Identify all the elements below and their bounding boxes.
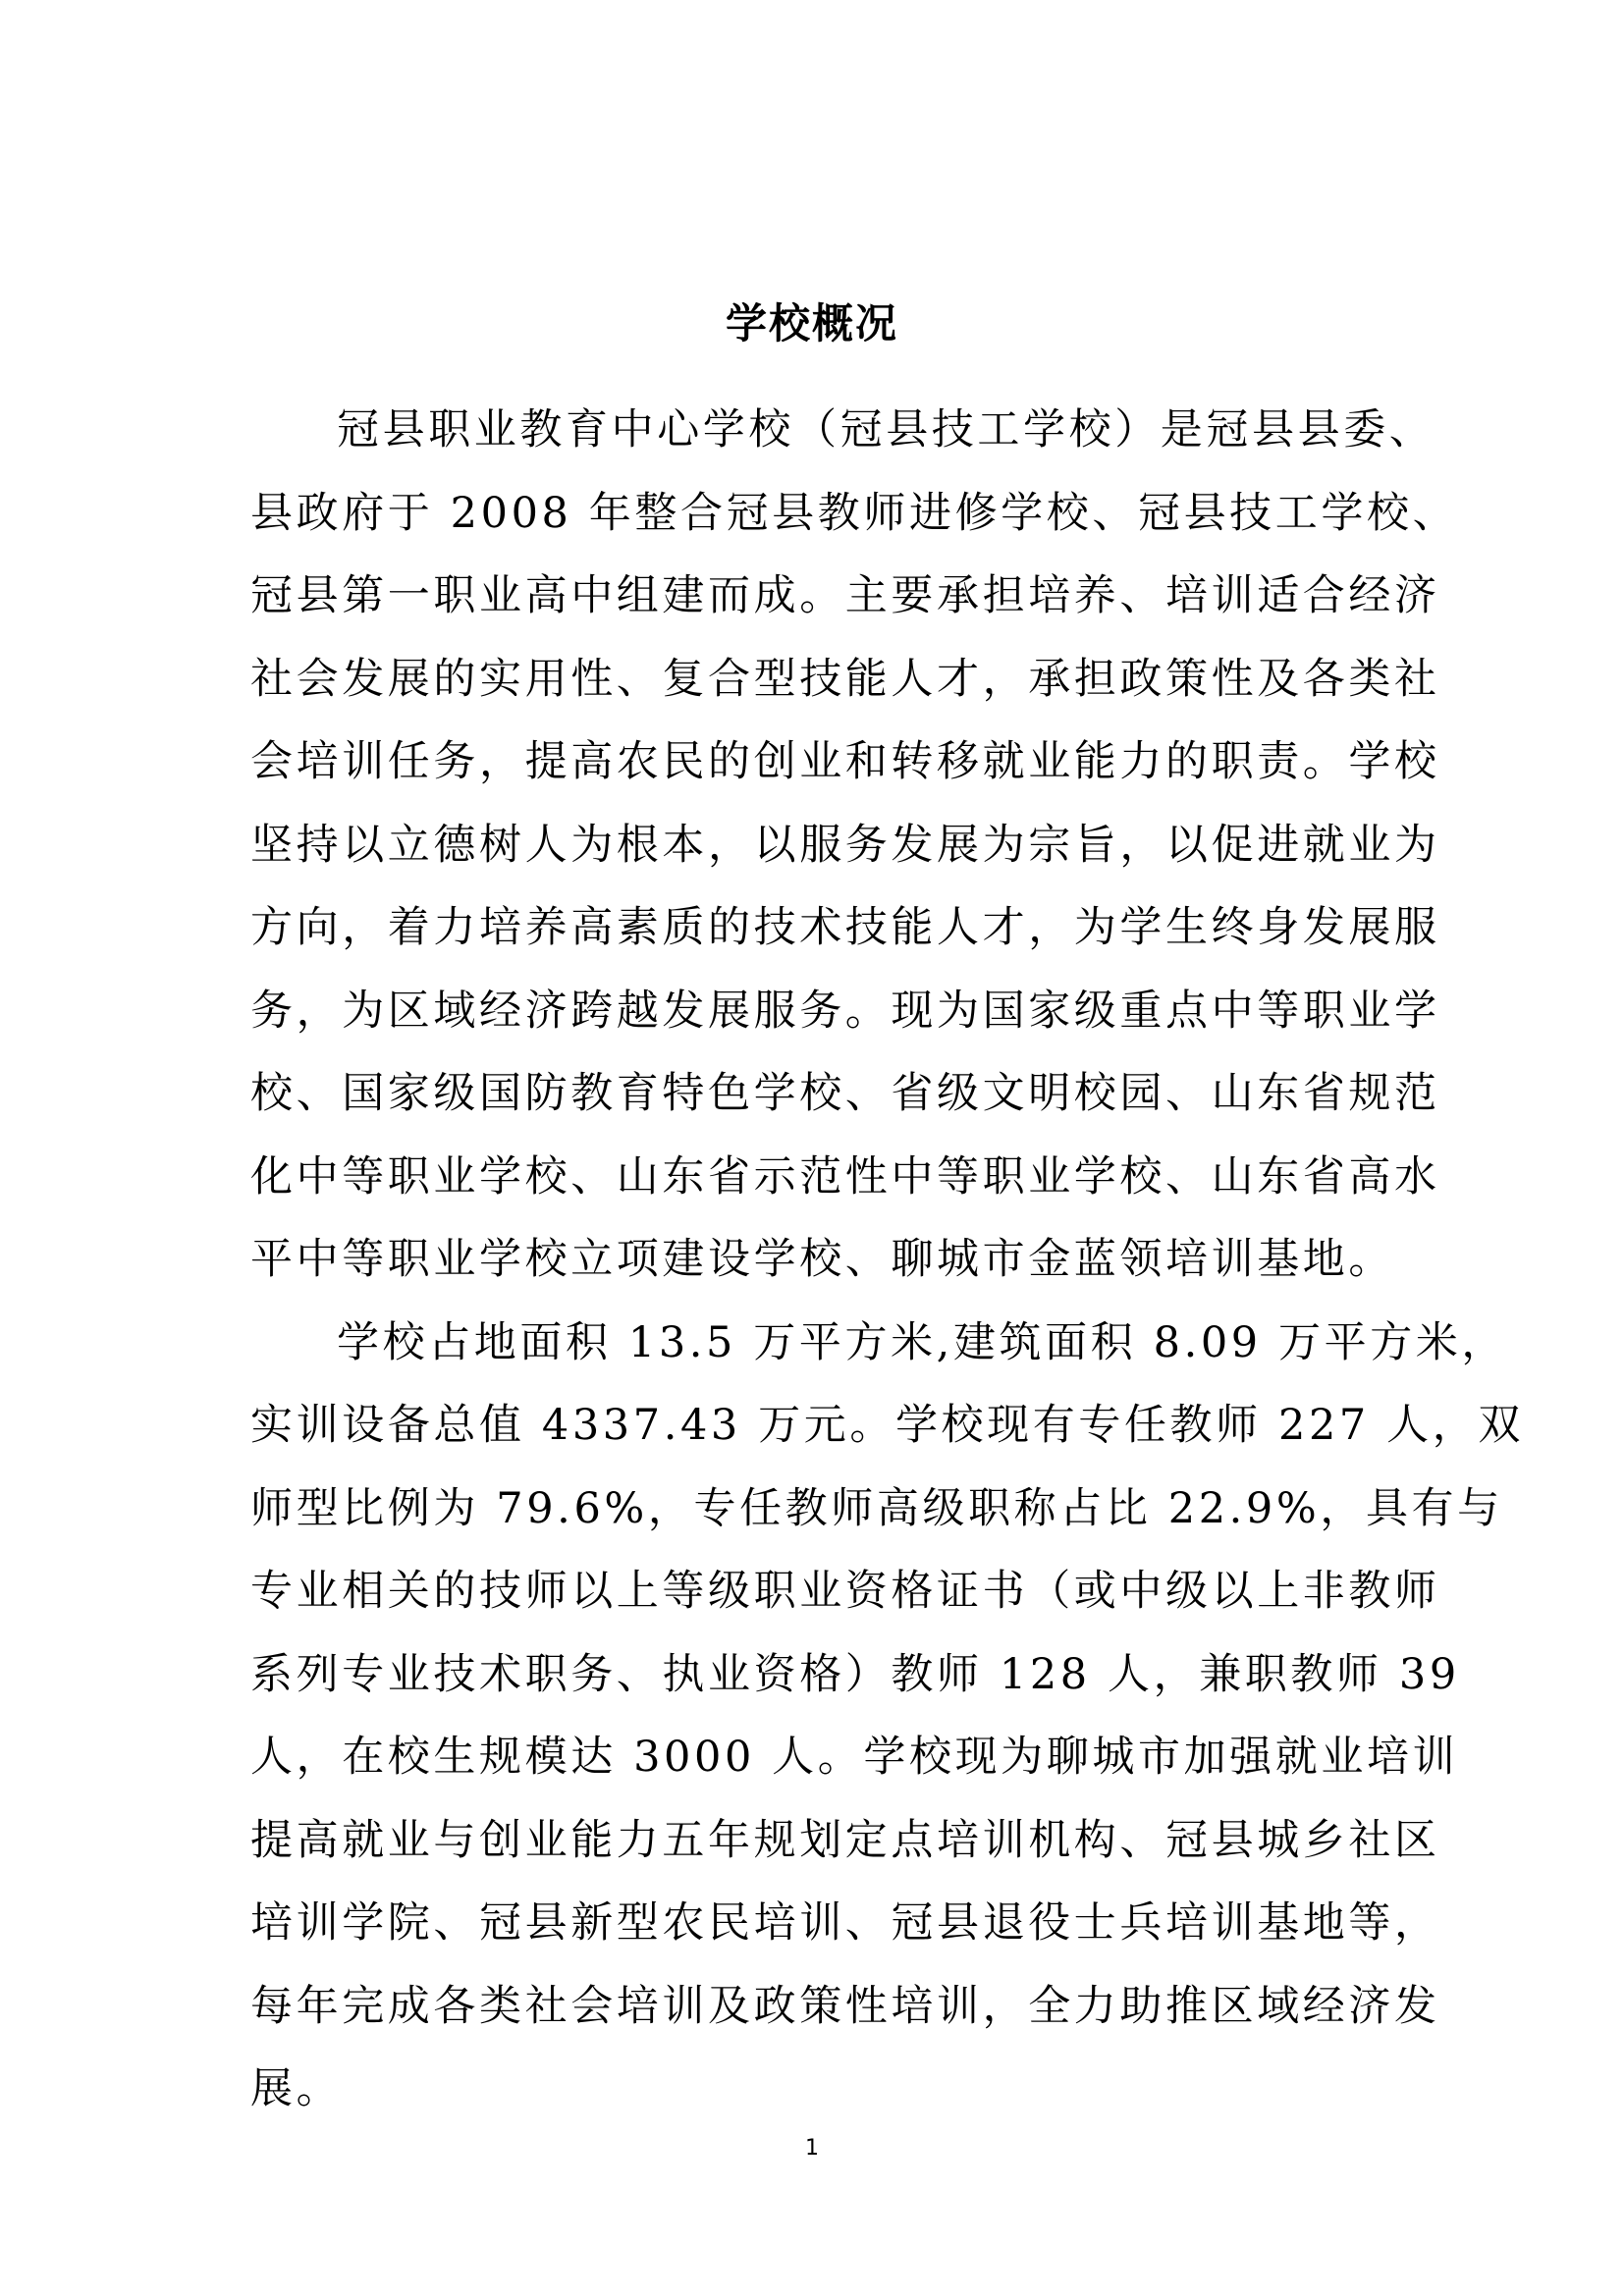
text-line: 平中等职业学校立项建设学校、聊城市金蓝领培训基地。 — [250, 1218, 1389, 1302]
text-line: 学校占地面积 13.5 万平方米,建筑面积 8.09 万平方米， — [250, 1302, 1389, 1385]
text-line: 实训设备总值 4337.43 万元。学校现有专任教师 227 人，双 — [250, 1384, 1389, 1468]
text-line: 坚持以立德树人为根本，以服务发展为宗旨，以促进就业为 — [250, 804, 1389, 887]
text-line: 务，为区域经济跨越发展服务。现为国家级重点中等职业学 — [250, 970, 1389, 1053]
text-line: 提高就业与创业能力五年规划定点培训机构、冠县城乡社区 — [250, 1799, 1389, 1883]
text-line: 方向，着力培养高素质的技术技能人才，为学生终身发展服 — [250, 886, 1389, 970]
text-line: 冠县职业教育中心学校（冠县技工学校）是冠县县委、 — [250, 389, 1389, 472]
text-line: 校、国家级国防教育特色学校、省级文明校园、山东省规范 — [250, 1052, 1389, 1136]
text-line: 会培训任务，提高农民的创业和转移就业能力的职责。学校 — [250, 721, 1389, 804]
text-line: 化中等职业学校、山东省示范性中等职业学校、山东省高水 — [250, 1136, 1389, 1219]
text-line: 冠县第一职业高中组建而成。主要承担培养、培训适合经济 — [250, 555, 1389, 638]
page-number: 1 — [0, 2134, 1624, 2163]
text-line: 师型比例为 79.6%，专任教师高级职称占比 22.9%，具有与 — [250, 1468, 1389, 1551]
text-line: 展。 — [250, 2048, 1389, 2131]
page-title: 学校概况 — [0, 294, 1624, 353]
text-line: 县政府于 2008 年整合冠县教师进修学校、冠县技工学校、 — [250, 472, 1389, 556]
text-line: 人，在校生规模达 3000 人。学校现为聊城市加强就业培训 — [250, 1716, 1389, 1799]
paragraph-overview: 冠县职业教育中心学校（冠县技工学校）是冠县县委、 县政府于 2008 年整合冠县… — [250, 389, 1389, 1302]
text-line: 社会发展的实用性、复合型技能人才，承担政策性及各类社 — [250, 638, 1389, 721]
text-line: 培训学院、冠县新型农民培训、冠县退役士兵培训基地等， — [250, 1882, 1389, 1965]
text-line: 专业相关的技师以上等级职业资格证书（或中级以上非教师 — [250, 1550, 1389, 1633]
text-line: 每年完成各类社会培训及政策性培训，全力助推区域经济发 — [250, 1965, 1389, 2049]
text-line: 系列专业技术职务、执业资格）教师 128 人，兼职教师 39 — [250, 1633, 1389, 1717]
document-body: 冠县职业教育中心学校（冠县技工学校）是冠县县委、 县政府于 2008 年整合冠县… — [250, 389, 1389, 2131]
paragraph-facilities-staff: 学校占地面积 13.5 万平方米,建筑面积 8.09 万平方米， 实训设备总值 … — [250, 1302, 1389, 2131]
